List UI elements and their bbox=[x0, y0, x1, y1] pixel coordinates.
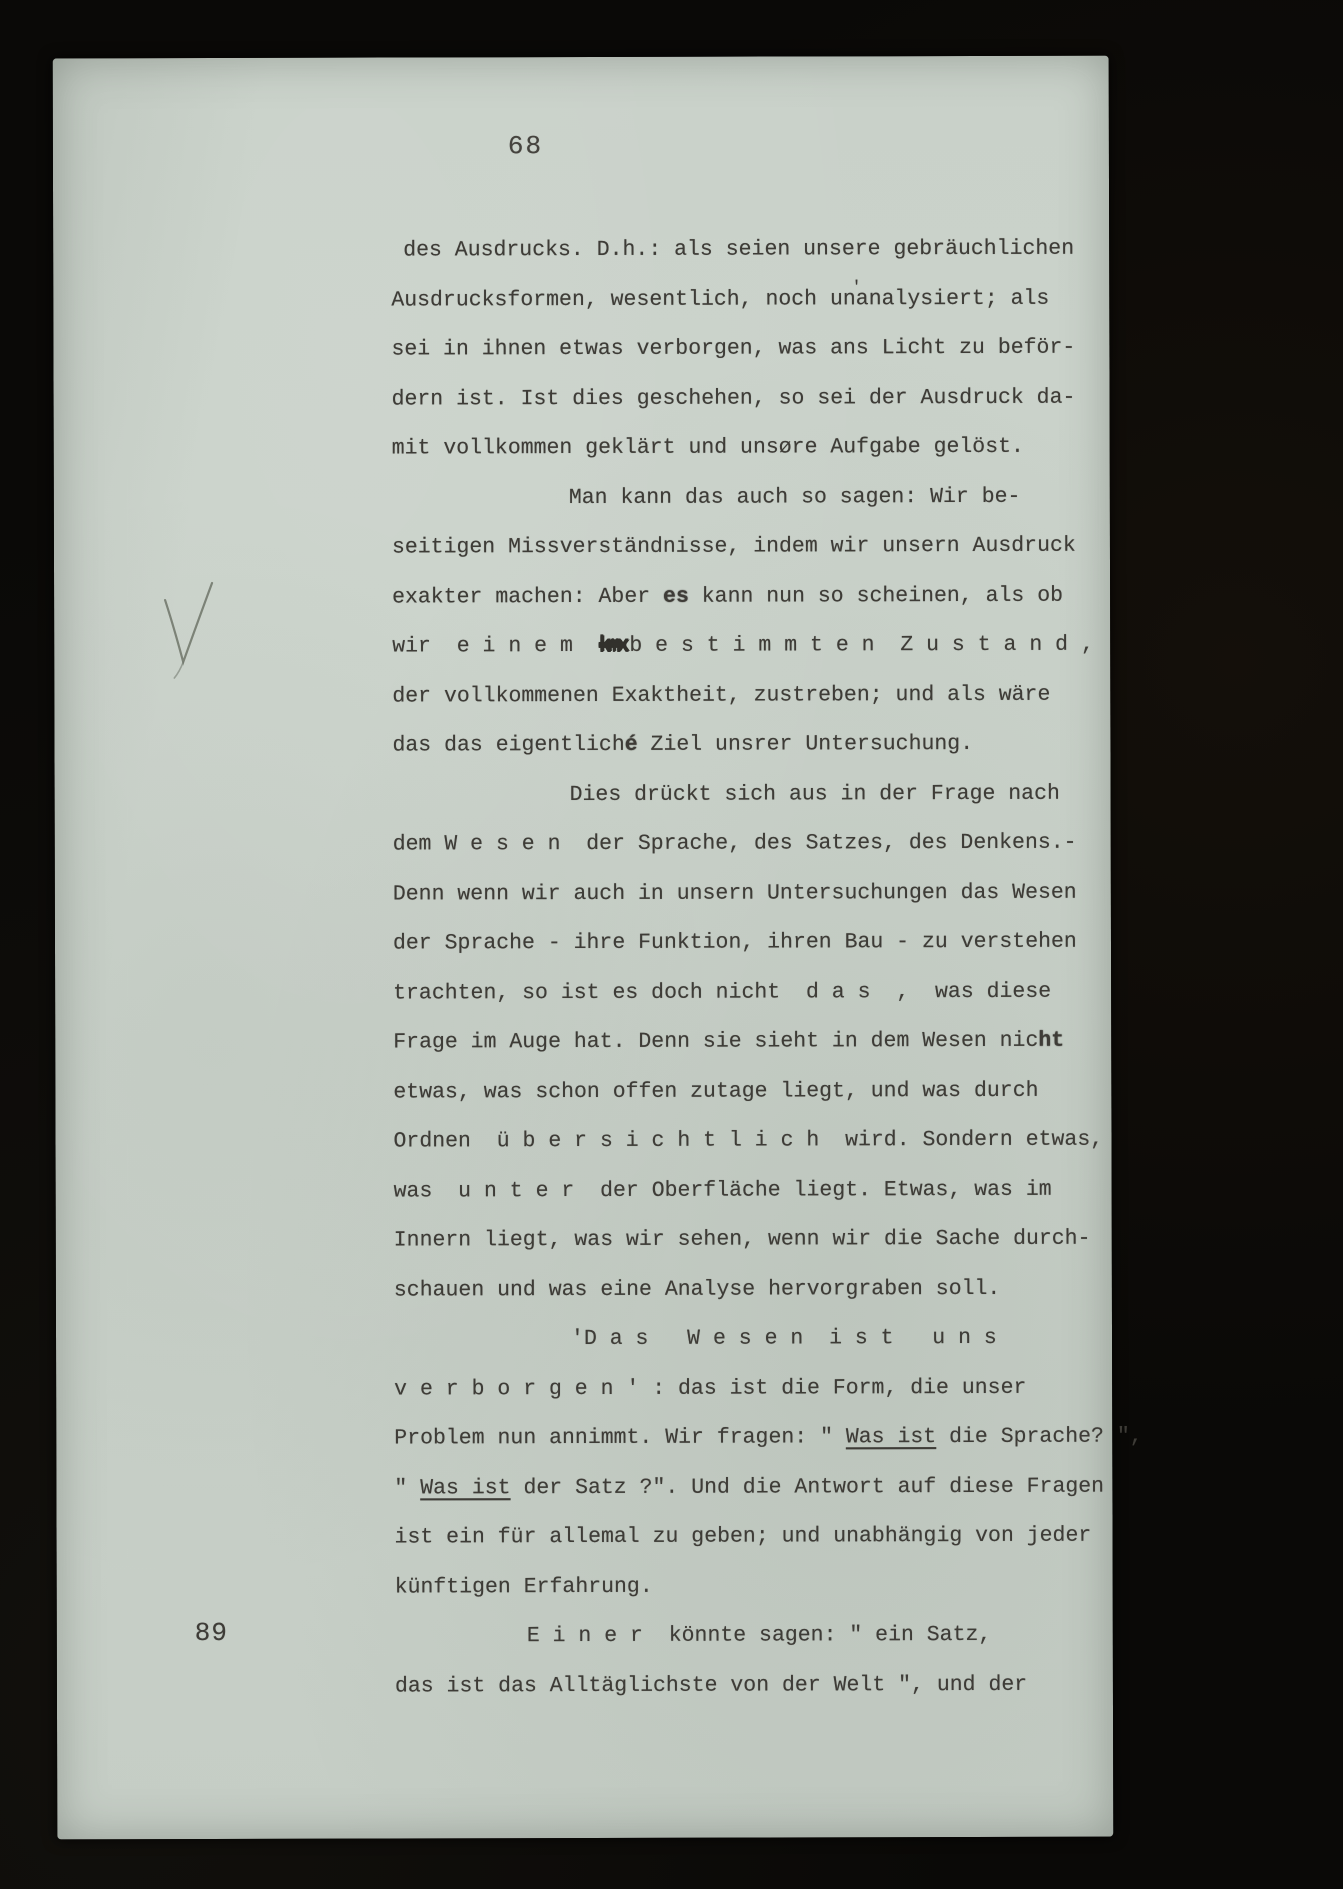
typed-line: was u n t e r der Oberfläche liegt. Etwa… bbox=[394, 1165, 1114, 1216]
typed-segment: Ausdrucksformen, wesentlich, noch un bbox=[391, 287, 856, 312]
typed-text: des Ausdrucks. D.h.: als seien unsere ge… bbox=[391, 225, 1115, 1712]
typed-line: " Was ist der Satz ?". Und die Antwort a… bbox=[394, 1462, 1114, 1513]
typed-segment: was u n t e r der Oberfläche liegt. Etwa… bbox=[394, 1177, 1052, 1203]
typed-segment: der Sprache - ihre Funktion, ihren Bau -… bbox=[393, 930, 1077, 956]
typed-line: schauen und was eine Analyse hervorgrabe… bbox=[394, 1264, 1114, 1315]
typed-line: mit vollkommen geklärt und unsøre Aufgab… bbox=[392, 423, 1112, 474]
typed-segment: Was ist bbox=[420, 1476, 510, 1500]
typed-line: der vollkommenen Exaktheit, zustreben; u… bbox=[392, 670, 1112, 721]
typed-segment: es bbox=[663, 584, 689, 608]
typed-segment: mit vollkommen geklärt und unsøre Aufgab… bbox=[392, 435, 1024, 461]
typed-segment: Ziel unsrer Untersuchung. bbox=[638, 732, 974, 757]
typed-segment: Man kann das auch so sagen: Wir be- bbox=[569, 484, 1021, 509]
typed-line: Man kann das auch so sagen: Wir be- bbox=[392, 472, 1112, 523]
scan-background: 68 des Ausdrucks. D.h.: als seien unsere… bbox=[0, 0, 1343, 1889]
typed-line: Problem nun annimmt. Wir fragen: " Was i… bbox=[394, 1413, 1114, 1464]
typed-segment: é bbox=[625, 733, 638, 757]
typed-segment: E i n e r könnte sagen: " ein Satz, bbox=[527, 1623, 992, 1648]
typed-line: Dies drückt sich aus in der Frage nach bbox=[393, 769, 1113, 820]
typed-line: 'D a s W e s e n i s t u n s bbox=[394, 1314, 1114, 1365]
typed-line: wir e i n e m kmxb e s t i m m t e n Z u… bbox=[392, 621, 1112, 672]
typed-line: ist ein für allemal zu geben; und unabhä… bbox=[394, 1512, 1114, 1563]
typed-line: künftigen Erfahrung. bbox=[395, 1561, 1115, 1612]
typed-segment: die Sprache? ", bbox=[936, 1425, 1142, 1450]
typed-line: sei in ihnen etwas verborgen, was ans Li… bbox=[391, 324, 1111, 375]
typed-segment: trachten, so ist es doch nicht d a s , w… bbox=[393, 979, 1051, 1005]
typed-line: trachten, so ist es doch nicht d a s , w… bbox=[393, 967, 1113, 1018]
typed-line: des Ausdrucks. D.h.: als seien unsere ge… bbox=[391, 225, 1111, 276]
typed-line: seitigen Missverständnisse, indem wir un… bbox=[392, 522, 1112, 573]
typed-segment: v e r b o r g e n ' : das ist die Form, … bbox=[394, 1375, 1026, 1401]
page-number: 68 bbox=[508, 131, 543, 161]
typed-segment: künftigen Erfahrung. bbox=[395, 1574, 653, 1599]
typed-segment: das das eigentlich bbox=[392, 733, 624, 758]
typed-segment: Frage im Auge hat. Denn sie sieht in dem… bbox=[393, 1029, 1038, 1055]
typed-segment: analysiert; als bbox=[856, 286, 1050, 311]
typed-segment: Dies drückt sich aus in der Frage nach bbox=[570, 781, 1060, 806]
typed-line: Denn wenn wir auch in unsern Untersuchun… bbox=[393, 868, 1113, 919]
typed-line: exakter machen: Aber es kann nun so sche… bbox=[392, 571, 1112, 622]
typed-segment: b e s t i m m t e n Z u s t a n d , bbox=[629, 633, 1094, 658]
typed-segment: sei in ihnen etwas verborgen, was ans Li… bbox=[391, 336, 1075, 362]
typed-line: dern ist. Ist dies geschehen, so sei der… bbox=[392, 373, 1112, 424]
typed-line: der Sprache - ihre Funktion, ihren Bau -… bbox=[393, 918, 1113, 969]
typed-segment: wir e i n e m bbox=[392, 634, 598, 659]
typed-line: Ausdrucksformen, wesentlich, noch un'ana… bbox=[391, 274, 1111, 325]
typed-segment: Denn wenn wir auch in unsern Untersuchun… bbox=[393, 880, 1077, 906]
typed-segment: des Ausdrucks. D.h.: als seien unsere ge… bbox=[403, 237, 1074, 263]
typed-segment: Innern liegt, was wir sehen, wenn wir di… bbox=[394, 1227, 1091, 1253]
typed-segment: das ist das Alltäglichste von der Welt "… bbox=[395, 1672, 1027, 1698]
typed-segment: der vollkommenen Exaktheit, zustreben; u… bbox=[392, 682, 1050, 708]
typed-segment: kann nun so scheinen, als ob bbox=[689, 583, 1063, 608]
typed-segment: exakter machen: Aber bbox=[392, 584, 663, 609]
typed-segment: " bbox=[394, 1476, 420, 1500]
typed-segment: der Satz ?". Und die Antwort auf diese F… bbox=[511, 1474, 1105, 1500]
typed-segment: etwas, was schon offen zutage liegt, und… bbox=[393, 1078, 1038, 1104]
typed-line: v e r b o r g e n ' : das ist die Form, … bbox=[394, 1363, 1114, 1414]
typed-line: Innern liegt, was wir sehen, wenn wir di… bbox=[394, 1215, 1114, 1266]
typed-line: das ist das Alltäglichste von der Welt "… bbox=[395, 1660, 1115, 1711]
typed-line: Ordnen ü b e r s i c h t l i c h wird. S… bbox=[393, 1116, 1113, 1167]
typed-segment: schauen und was eine Analyse hervorgrabe… bbox=[394, 1276, 1000, 1302]
typed-segment: dern ist. Ist dies geschehen, so sei der… bbox=[392, 385, 1076, 411]
typed-segment: ht bbox=[1038, 1029, 1064, 1053]
typed-segment: 'D a s W e s e n i s t u n s bbox=[571, 1326, 997, 1351]
typed-segment: dem W e s e n der Sprache, des Satzes, d… bbox=[393, 831, 1077, 857]
typed-segment: Ordnen ü b e r s i c h t l i c h wird. S… bbox=[393, 1128, 1103, 1154]
pencil-checkmark-icon bbox=[152, 576, 226, 686]
typed-line: dem W e s e n der Sprache, des Satzes, d… bbox=[393, 819, 1113, 870]
typed-segment: seitigen Missverständnisse, indem wir un… bbox=[392, 534, 1076, 560]
typed-line: das das eigentliché Ziel unsrer Untersuc… bbox=[392, 720, 1112, 771]
typed-line: etwas, was schon offen zutage liegt, und… bbox=[393, 1066, 1113, 1117]
typed-line: E i n e r könnte sagen: " ein Satz, bbox=[395, 1611, 1115, 1662]
typed-segment: Problem nun annimmt. Wir fragen: " bbox=[394, 1425, 846, 1450]
typed-segment: ist ein für allemal zu geben; und unabhä… bbox=[395, 1524, 1092, 1550]
marginal-number: 89 bbox=[195, 1618, 228, 1648]
overtyped-deletion: kmx bbox=[599, 634, 626, 658]
typed-segment: Was ist bbox=[846, 1425, 936, 1449]
typed-line: Frage im Auge hat. Denn sie sieht in dem… bbox=[393, 1017, 1113, 1068]
typescript-page: 68 des Ausdrucks. D.h.: als seien unsere… bbox=[53, 56, 1114, 1840]
